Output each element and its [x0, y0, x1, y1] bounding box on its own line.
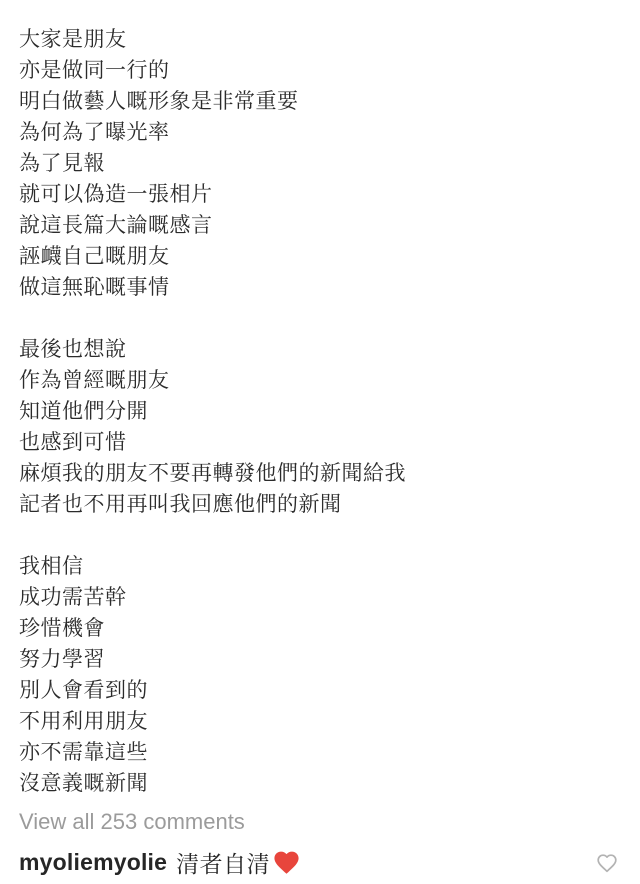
red-heart-emoji [272, 848, 301, 877]
caption-line [19, 303, 620, 334]
heart-outline-icon [595, 851, 619, 875]
post-caption: 大家是朋友亦是做同一行的明白做藝人嘅形象是非常重要為何為了曝光率為了見報就可以偽… [19, 24, 620, 799]
caption-line: 也感到可惜 [19, 427, 620, 458]
caption-line: 為了見報 [19, 148, 620, 179]
caption-line: 麻煩我的朋友不要再轉發他們的新聞給我 [19, 458, 620, 489]
comment-row: myoliemyolie 清者自清 [19, 846, 620, 879]
caption-line: 最後也想說 [19, 334, 620, 365]
caption-line: 努力學習 [19, 644, 620, 675]
comment-text: 清者自清 [176, 846, 270, 879]
caption-line: 就可以偽造一張相片 [19, 179, 620, 210]
caption-line: 明白做藝人嘅形象是非常重要 [19, 86, 620, 117]
view-all-comments-link[interactable]: View all 253 comments [19, 808, 620, 836]
caption-line: 不用利用朋友 [19, 706, 620, 737]
caption-line: 別人會看到的 [19, 675, 620, 706]
caption-line: 記者也不用再叫我回應他們的新聞 [19, 489, 620, 520]
caption-line: 做這無恥嘅事情 [19, 272, 620, 303]
comment-like-button[interactable] [595, 851, 619, 875]
caption-line: 大家是朋友 [19, 24, 620, 55]
caption-line: 作為曾經嘅朋友 [19, 365, 620, 396]
caption-line: 成功需苦幹 [19, 582, 620, 613]
caption-line: 說這長篇大論嘅感言 [19, 210, 620, 241]
caption-line: 亦不需靠這些 [19, 737, 620, 768]
caption-line: 我相信 [19, 551, 620, 582]
caption-line: 珍惜機會 [19, 613, 620, 644]
comment-username[interactable]: myoliemyolie [19, 849, 167, 876]
caption-line: 知道他們分開 [19, 396, 620, 427]
caption-line: 為何為了曝光率 [19, 117, 620, 148]
caption-line: 亦是做同一行的 [19, 55, 620, 86]
caption-line [19, 520, 620, 551]
caption-line: 沒意義嘅新聞 [19, 768, 620, 799]
instagram-post-view: 大家是朋友亦是做同一行的明白做藝人嘅形象是非常重要為何為了曝光率為了見報就可以偽… [0, 0, 640, 884]
caption-line: 誣衊自己嘅朋友 [19, 241, 620, 272]
comment: myoliemyolie 清者自清 [19, 846, 301, 879]
